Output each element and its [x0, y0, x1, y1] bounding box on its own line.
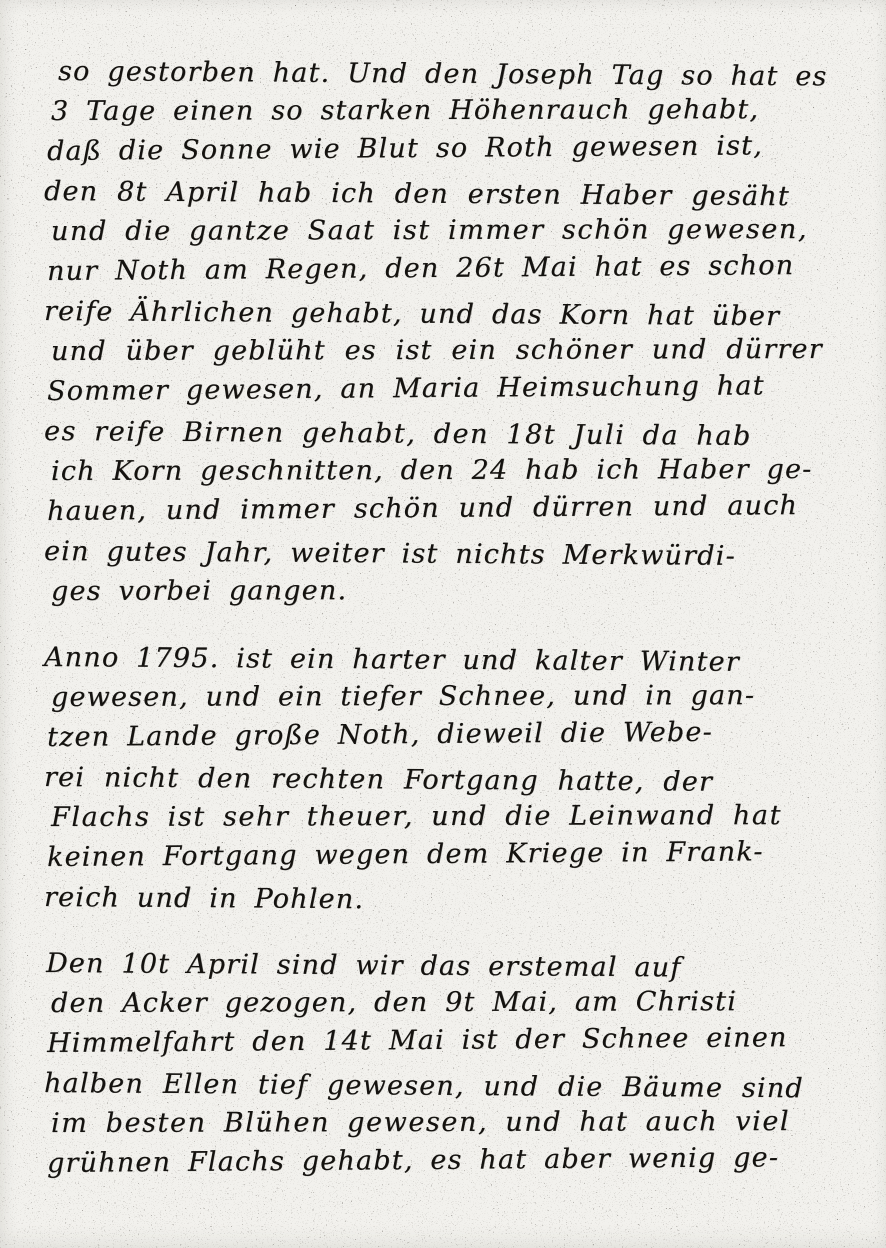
manuscript-line: Sommer gewesen, an Maria Heimsuchung hat [47, 366, 860, 412]
paragraph-spring-1795: Den 10t April sind wir das erstemal auf … [44, 944, 860, 1184]
manuscript-line: grühnen Flachs gehabt, es hat aber wenig… [47, 1138, 860, 1184]
manuscript-line: ges vorbei gangen. [51, 570, 860, 612]
paragraph-anno-1795: Anno 1795. ist ein harter und kalter Win… [44, 638, 860, 918]
manuscript-line: hauen, und immer schön und dürren und au… [47, 486, 860, 532]
manuscript-line: nur Noth am Regen, den 26t Mai hat es sc… [47, 246, 860, 292]
manuscript-line: daß die Sonne wie Blut so Roth gewesen i… [47, 126, 860, 172]
paragraph-1794-entry: so gestorben hat. Und den Joseph Tag so … [44, 52, 860, 612]
manuscript-line: Himmelfahrt den 14t Mai ist der Schnee e… [47, 1018, 860, 1064]
manuscript-page: so gestorben hat. Und den Joseph Tag so … [0, 0, 886, 1248]
manuscript-line: reich und in Pohlen. [44, 878, 860, 924]
manuscript-text: so gestorben hat. Und den Joseph Tag so … [44, 52, 860, 1184]
manuscript-line: keinen Fortgang wegen dem Kriege in Fran… [47, 832, 860, 878]
manuscript-line: tzen Lande große Noth, dieweil die Webe- [47, 712, 860, 758]
